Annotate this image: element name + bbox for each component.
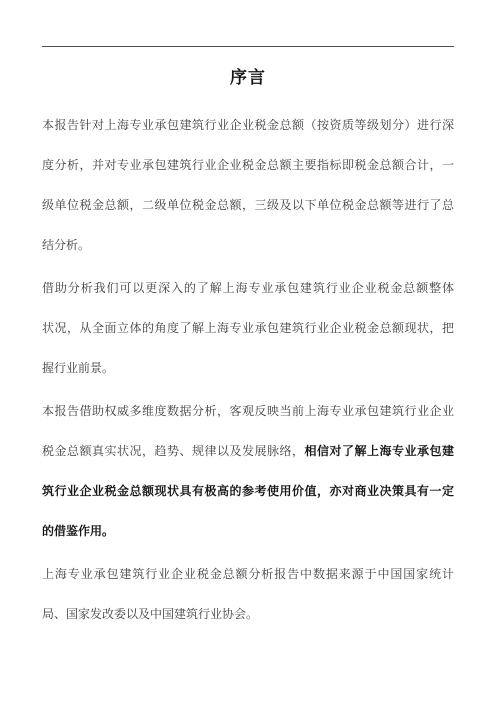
- text-line-bold: 的借鉴作用。: [42, 511, 454, 551]
- text-line: 度分析，并对专业承包建筑行业企业税金总额主要指标即税金总额合计，一: [42, 145, 454, 185]
- text-line: 本报告针对上海专业承包建筑行业企业税金总额（按资质等级划分）进行深: [42, 105, 454, 145]
- text-line: 握行业前景。: [42, 348, 454, 388]
- text-line: 本报告借助权威多维度数据分析，客观反映当前上海专业承包建筑行业企业: [42, 391, 454, 431]
- text-segment-normal: 税金总额真实状况，趋势、规律以及发展脉络，: [42, 444, 304, 458]
- text-line: 税金总额真实状况，趋势、规律以及发展脉络，相信对了解上海专业承包建: [42, 431, 454, 471]
- text-line: 局、国家发改委以及中国建筑行业协会。: [42, 594, 454, 634]
- paragraph-3: 本报告借助权威多维度数据分析，客观反映当前上海专业承包建筑行业企业 税金总额真实…: [42, 391, 454, 551]
- header-divider: [42, 46, 454, 47]
- document-body: 本报告针对上海专业承包建筑行业企业税金总额（按资质等级划分）进行深 度分析，并对…: [42, 105, 454, 634]
- text-segment-bold: 相信对了解上海专业承包建: [304, 444, 454, 458]
- text-line: 借助分析我们可以更深入的了解上海专业承包建筑行业企业税金总额整体: [42, 268, 454, 308]
- paragraph-4: 上海专业承包建筑行业企业税金总额分析报告中数据来源于中国国家统计 局、国家发改委…: [42, 554, 454, 634]
- text-line: 状况，从全面立体的角度了解上海专业承包建筑行业企业税金总额现状，把: [42, 308, 454, 348]
- document-page: 序言 本报告针对上海专业承包建筑行业企业税金总额（按资质等级划分）进行深 度分析…: [42, 46, 454, 634]
- text-line: 级单位税金总额，二级单位税金总额，三级及以下单位税金总额等进行了总: [42, 185, 454, 225]
- text-line-bold: 筑行业企业税金总额现状具有极高的参考使用价值，亦对商业决策具有一定: [42, 471, 454, 511]
- text-line: 结分析。: [42, 225, 454, 265]
- paragraph-2: 借助分析我们可以更深入的了解上海专业承包建筑行业企业税金总额整体 状况，从全面立…: [42, 268, 454, 388]
- paragraph-1: 本报告针对上海专业承包建筑行业企业税金总额（按资质等级划分）进行深 度分析，并对…: [42, 105, 454, 265]
- text-line: 上海专业承包建筑行业企业税金总额分析报告中数据来源于中国国家统计: [42, 554, 454, 594]
- page-title: 序言: [42, 66, 454, 90]
